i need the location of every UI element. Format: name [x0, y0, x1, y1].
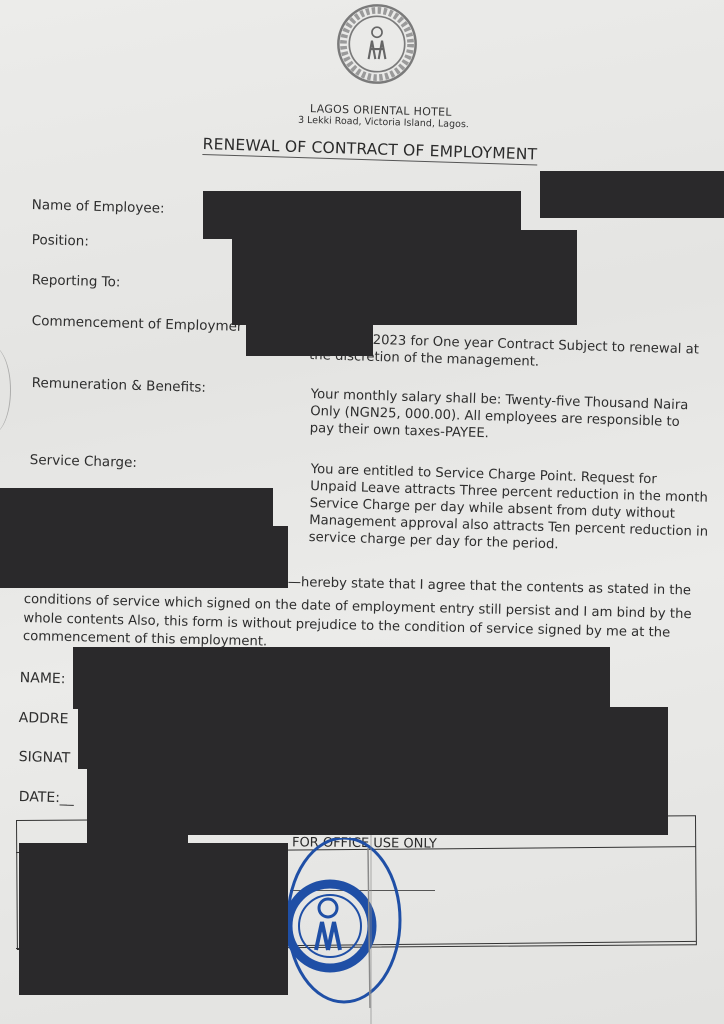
label-service-charge: Service Charge:	[30, 452, 138, 471]
redaction-block	[19, 843, 288, 995]
paper-fold	[370, 820, 372, 1024]
label-position: Position:	[32, 232, 90, 250]
hotel-emblem-icon	[335, 2, 419, 86]
redaction-block	[246, 310, 373, 356]
label-date: DATE:__	[19, 789, 75, 807]
redaction-block	[540, 171, 724, 218]
redaction-block	[0, 488, 273, 528]
label-reporting-to: Reporting To:	[32, 272, 121, 290]
label-name: NAME:	[20, 670, 66, 687]
redaction-block	[0, 526, 288, 588]
redaction-block	[73, 647, 610, 709]
hotel-stamp-icon	[282, 838, 404, 1008]
redaction-block	[87, 765, 668, 835]
label-address: ADDRE	[19, 710, 69, 727]
service-charge-text: You are entitled to Service Charge Point…	[308, 461, 709, 558]
label-signature: SIGNAT	[19, 749, 71, 766]
redaction-block	[78, 707, 668, 769]
